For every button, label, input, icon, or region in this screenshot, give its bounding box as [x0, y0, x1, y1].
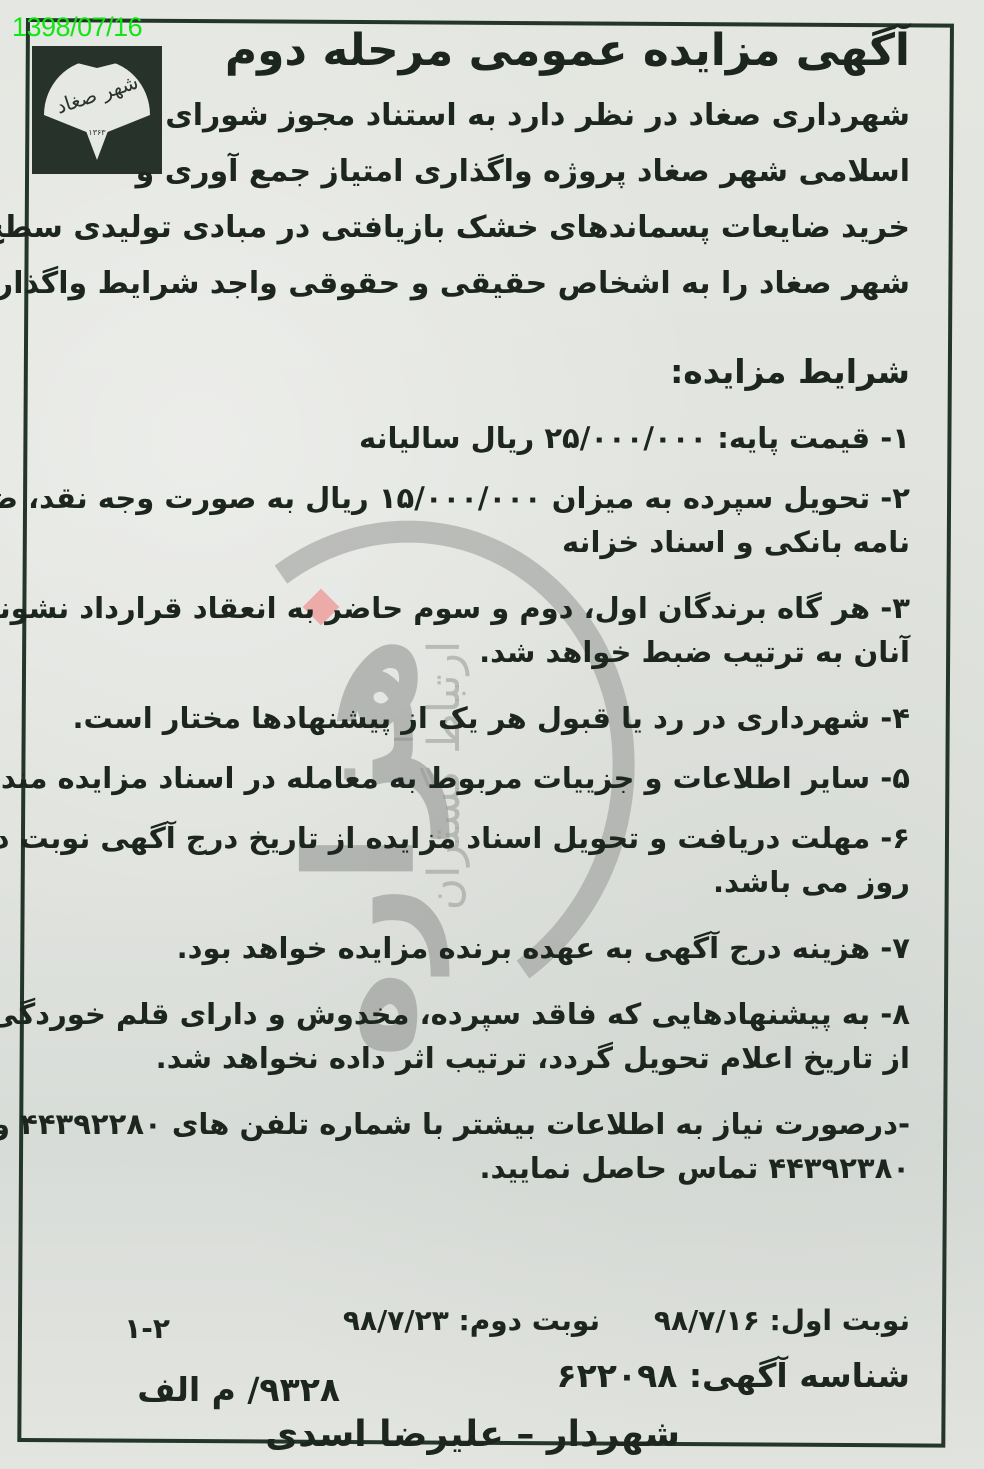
date-stamp: 1398/07/16	[12, 14, 142, 41]
page-title: آگهی مزایده عمومی مرحله دوم	[225, 18, 910, 84]
intro-paragraph: شهرداری صغاد در نظر دارد به استناد مجوز …	[90, 88, 910, 312]
publication-sequence: ۱-۲	[124, 1312, 170, 1345]
second-publication-date: نوبت دوم: ۹۸/۷/۲۳	[343, 1304, 600, 1337]
condition-item-4: ۴- شهرداری در رد یا قبول هر یک از پیشنها…	[40, 696, 910, 740]
condition-item-8-cont: از تاریخ اعلام تحویل گردد، ترتیب اثر داد…	[40, 1036, 910, 1080]
condition-item-1: ۱- قیمت پایه: ۲۵/۰۰۰/۰۰۰ ریال سالیانه	[40, 416, 910, 460]
condition-item-8: ۸- به پیشنهادهایی که فاقد سپرده، مخدوش و…	[40, 992, 910, 1036]
condition-item-3-cont: آنان به ترتیب ضبط خواهد شد.	[40, 630, 910, 674]
conditions-list: ۱- قیمت پایه: ۲۵/۰۰۰/۰۰۰ ریال سالیانه ۲-…	[40, 416, 910, 1190]
ad-reference: ۹۳۲۸/ م الف	[137, 1370, 340, 1409]
ad-id: شناسه آگهی: ۶۲۲۰۹۸	[557, 1356, 911, 1395]
condition-item-5: ۵- سایر اطلاعات و جزییات مربوط به معامله…	[40, 756, 910, 800]
intro-line: شهرداری صغاد در نظر دارد به استناد مجوز …	[90, 88, 910, 144]
intro-line: خرید ضایعات پسماندهای خشک بازیافتی در مب…	[90, 200, 910, 256]
condition-item-6-cont: روز می باشد.	[40, 860, 910, 904]
signature: شهردار – علیرضا اسدی	[265, 1414, 680, 1455]
condition-item-2: ۲- تحویل سپرده به میزان ۱۵/۰۰۰/۰۰۰ ریال …	[40, 476, 910, 520]
conditions-heading: شرایط مزایده:	[670, 348, 910, 396]
contact-info: -درصورت نیاز به اطلاعات بیشتر با شماره ت…	[40, 1102, 910, 1146]
condition-item-6: ۶- مهلت دریافت و تحویل اسناد مزایده از ت…	[40, 816, 910, 860]
condition-item-3: ۳- هر گاه برندگان اول، دوم و سوم حاضر به…	[40, 586, 910, 630]
condition-item-2-cont: نامه بانکی و اسناد خزانه	[40, 520, 910, 564]
first-publication-date: نوبت اول: ۹۸/۷/۱۶	[654, 1304, 910, 1337]
intro-line: اسلامی شهر صغاد پروژه واگذاری امتیاز جمع…	[90, 144, 910, 200]
contact-info-cont: ۴۴۳۹۲۳۸۰ تماس حاصل نمایید.	[40, 1146, 910, 1190]
intro-line: شهر صغاد را به اشخاص حقیقی و حقوقی واجد …	[90, 256, 910, 312]
condition-item-7: ۷- هزینه درج آگهی به عهده برنده مزایده خ…	[40, 926, 910, 970]
